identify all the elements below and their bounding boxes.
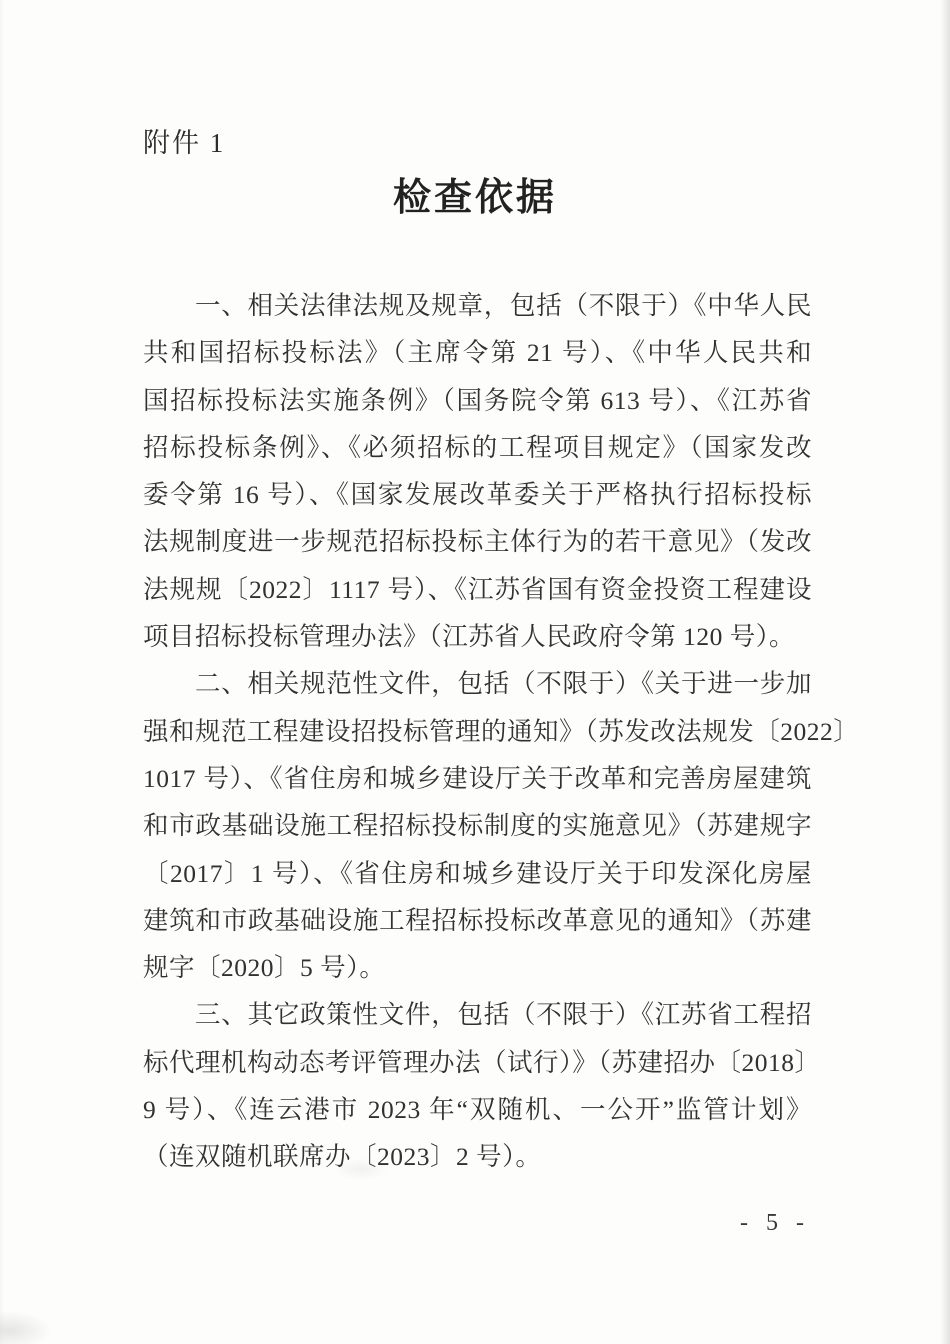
text-line: 法规制度进一步规范招标投标主体行为的若干意见》（发改 (143, 518, 812, 565)
text-line: 三、其它政策性文件，包括（不限于）《江苏省工程招 (143, 991, 812, 1038)
page-number: - 5 - (0, 1210, 950, 1237)
text-line: （连双随机联席办〔2023〕2 号）。 (143, 1133, 812, 1180)
text-line: 标代理机构动态考评管理办法（试行）》（苏建招办〔2018〕 (143, 1039, 812, 1086)
text-line: 一、相关法律法规及规章，包括（不限于）《中华人民 (143, 282, 812, 329)
text-line: 和市政基础设施工程招标投标制度的实施意见》（苏建规字 (143, 802, 812, 849)
text-line: 招标投标条例》、《必须招标的工程项目规定》（国家发改 (143, 424, 812, 471)
page-title: 检查依据 (0, 166, 950, 221)
text-line: 委令第 16 号）、《国家发展改革委关于严格执行招标投标 (143, 471, 812, 518)
document-page: 附件 1 检查依据 一、相关法律法规及规章，包括（不限于）《中华人民共和国招标投… (0, 0, 950, 1344)
text-line: 共和国招标投标法》（主席令第 21 号）、《中华人民共和 (143, 329, 812, 376)
document-body: 一、相关法律法规及规章，包括（不限于）《中华人民共和国招标投标法》（主席令第 2… (143, 282, 812, 1181)
text-line: 〔2017〕1 号）、《省住房和城乡建设厅关于印发深化房屋 (143, 850, 812, 897)
text-line: 建筑和市政基础设施工程招标投标改革意见的通知》（苏建 (143, 897, 812, 944)
text-line: 1017 号）、《省住房和城乡建设厅关于改革和完善房屋建筑 (143, 755, 812, 802)
text-line: 国招标投标法实施条例》（国务院令第 613 号）、《江苏省 (143, 377, 812, 424)
text-line: 9 号）、《连云港市 2023 年“双随机、一公开”监管计划》 (143, 1086, 812, 1133)
text-line: 规字〔2020〕5 号）。 (143, 944, 812, 991)
text-line: 强和规范工程建设招投标管理的通知》（苏发改法规发〔2022〕 (143, 708, 812, 755)
attachment-label: 附件 1 (143, 121, 225, 160)
text-line: 法规规〔2022〕1117 号）、《江苏省国有资金投资工程建设 (143, 566, 812, 613)
text-line: 项目招标投标管理办法》（江苏省人民政府令第 120 号）。 (143, 613, 812, 660)
text-line: 二、相关规范性文件，包括（不限于）《关于进一步加 (143, 660, 812, 707)
